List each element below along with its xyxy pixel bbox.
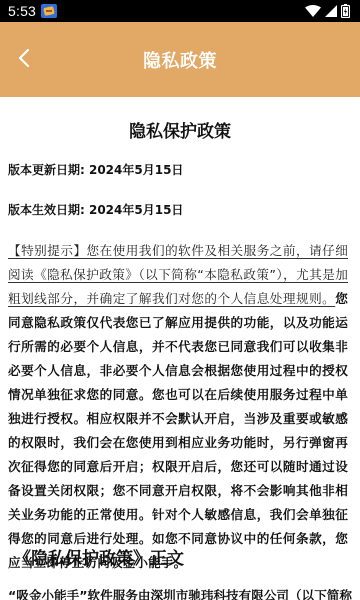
special-notice-paragraph: 【特别提示】您在使用我们的软件及相关服务之前，请仔细阅读《隐私保护政策》（以下简… (8, 239, 348, 575)
status-icons (305, 0, 350, 22)
notice-body: 您同意隐私政策仅代表您已了解应用提供的功能，以及功能运行所需的必要个人信息，并不… (8, 291, 348, 570)
page-title: 隐私政策 (0, 47, 360, 73)
wifi-icon (305, 5, 321, 17)
app-notification-icon (41, 4, 57, 18)
body-text: “吸金小能手”软件服务由深圳市驰玮科技有限公司（以下简称 (8, 585, 360, 600)
status-bar: 5:53 (0, 0, 360, 22)
status-time: 5:53 (8, 3, 36, 19)
signal-icon (325, 5, 337, 17)
effective-date: 版本生效日期: 2024年5月15日 (8, 201, 183, 218)
document-title: 隐私保护政策 (0, 117, 360, 142)
update-date: 版本更新日期: 2024年5月15日 (8, 161, 183, 178)
app-header: 隐私政策 (0, 22, 360, 97)
section-heading: 《隐私保护政策》正文 (14, 544, 184, 569)
emphasized-notice: 【特别提示】您在使用我们的软件及相关服务之前，请仔细阅读《隐私保护政策》（以下简… (8, 243, 348, 306)
battery-icon (341, 4, 350, 18)
